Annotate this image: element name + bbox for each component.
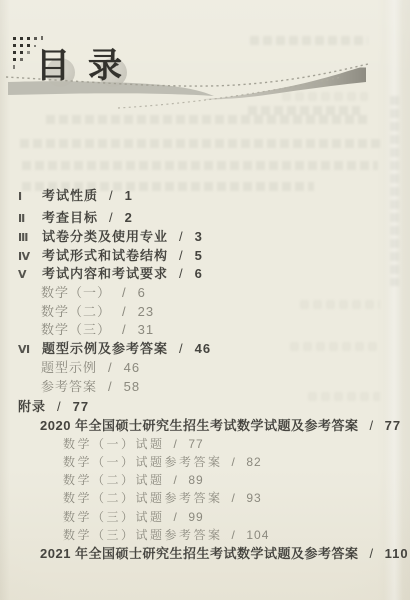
toc-label: 数学（二）试题参考答案 [63,491,223,505]
toc-separator: / [122,285,127,300]
toc-page-number: 77 [385,418,401,433]
toc-separator: / [174,510,180,524]
toc-separator: / [108,360,113,375]
toc-entry: 数学（二）试题/89 [18,472,404,489]
toc-page-number: 89 [188,473,203,487]
toc-entry: Ⅱ考查目标/2 [18,209,404,226]
toc-label: 考试内容和考试要求 [42,266,168,281]
toc-label: 考查目标 [42,210,98,225]
toc-label: 数学（一）试题 [63,437,165,451]
toc-page-number: 104 [246,528,269,542]
toc-label: 试卷分类及使用专业 [42,229,168,244]
toc-entry: 数学（二）试题参考答案/93 [18,490,404,507]
toc-page-number: 46 [124,360,140,375]
toc-page-number: 3 [195,229,203,244]
toc-entry: 数学（一）试题/77 [18,436,404,453]
toc-page-number: 6 [195,266,203,281]
toc-label: 数学（三） [41,322,111,337]
title-char: 目 [36,47,70,85]
toc-label: 数学（三）试题参考答案 [63,528,223,542]
toc-entry: 参考答案/58 [18,378,404,395]
toc-entry: 2021 年全国硕士研究生招生考试数学试题及参考答案/110 [18,545,404,562]
toc-entry: Ⅵ题型示例及参考答案/46 [18,340,404,357]
toc-numeral: Ⅴ [18,267,42,284]
toc-page-number: 31 [138,322,154,337]
toc-page-number: 77 [188,437,203,451]
title-char: 录 [88,47,122,85]
toc-separator: / [232,455,238,469]
toc-separator: / [179,229,184,244]
toc-label: 附录 [18,399,46,414]
toc-label: 题型示例及参考答案 [42,341,168,356]
toc-separator: / [179,341,184,356]
toc-separator: / [174,473,180,487]
toc-separator: / [122,304,127,319]
toc-label: 数学（一）试题参考答案 [63,455,223,469]
toc-numeral: Ⅲ [18,230,42,247]
toc-numeral: Ⅵ [18,342,42,359]
toc-label: 数学（二）试题 [63,473,165,487]
toc-page-number: 58 [124,379,140,394]
toc-page-number: 46 [195,341,211,356]
toc-numeral: Ⅳ [18,249,42,266]
toc-separator: / [370,546,374,561]
toc-entry: 数学（三）/31 [18,321,404,338]
toc-label: 数学（三）试题 [63,510,165,524]
toc-page-number: 6 [138,285,146,300]
toc-page-number: 1 [125,188,133,203]
toc-separator: / [108,379,113,394]
toc-label: 数学（二） [41,304,111,319]
toc-entry: 数学（三）试题/99 [18,509,404,526]
toc-entry: 数学（一）试题参考答案/82 [18,454,404,471]
toc-separator: / [232,528,238,542]
toc-entry: 附录/77 [18,398,404,415]
toc-label: 考试形式和试卷结构 [42,248,168,263]
toc-page-number: 110 [385,546,409,561]
toc-entry: 题型示例/46 [18,359,404,376]
toc-separator: / [57,399,62,414]
toc-entry: Ⅳ考试形式和试卷结构/5 [18,247,404,264]
toc-page-number: 99 [188,510,203,524]
toc-numeral: Ⅰ [18,189,42,206]
toc-label: 题型示例 [41,360,97,375]
toc-label: 2021 年全国硕士研究生招生考试数学试题及参考答案 [40,546,359,561]
toc-label: 数学（一） [41,285,111,300]
toc-entry: 2020 年全国硕士研究生招生考试数学试题及参考答案/77 [18,417,404,434]
toc-numeral: Ⅱ [18,211,42,228]
toc-page-number: 5 [195,248,203,263]
toc-label: 考试性质 [42,188,98,203]
toc-separator: / [179,248,184,263]
toc-label: 参考答案 [41,379,97,394]
toc-separator: / [109,210,114,225]
toc-entry: Ⅴ考试内容和考试要求/6 [18,265,404,282]
toc-separator: / [232,491,238,505]
toc-separator: / [122,322,127,337]
toc-page-number: 23 [138,304,154,319]
toc-entry: 数学（三）试题参考答案/104 [18,527,404,544]
toc-entry: 数学（一）/6 [18,284,404,301]
toc-separator: / [109,188,114,203]
toc-page-number: 2 [125,210,133,225]
toc-page-number: 77 [73,399,89,414]
toc-label: 2020 年全国硕士研究生招生考试数学试题及参考答案 [40,418,359,433]
toc-entry: 数学（二）/23 [18,303,404,320]
toc-entry: Ⅰ考试性质/1 [18,187,404,204]
toc-page-number: 93 [246,491,261,505]
toc-separator: / [174,437,180,451]
toc-page-number: 82 [246,455,261,469]
toc-separator: / [370,418,374,433]
toc-entry: Ⅲ试卷分类及使用专业/3 [18,228,404,245]
toc-separator: / [179,266,184,281]
